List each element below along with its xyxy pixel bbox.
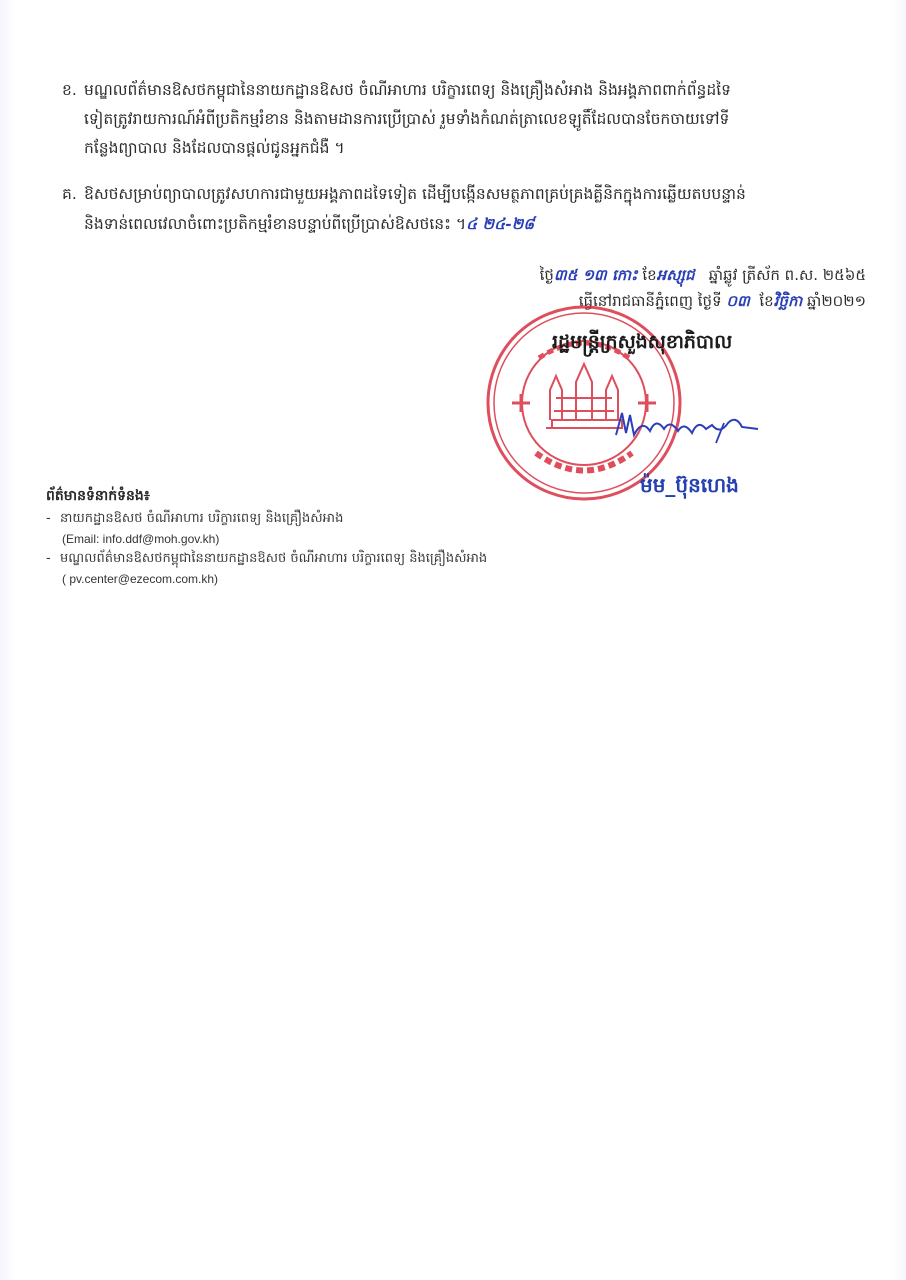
item-marker: គ. [62,180,84,209]
item-marker: ខ. [62,76,84,105]
contact-org: មណ្ឌលព័ត៌មានឱសថកម្ពុជានៃនាយកដ្ឋានឱសថ ចំណ… [60,551,487,566]
paragraph-kha: ខ.មណ្ឌលព័ត៌មានឱសថកម្ពុជានៃនាយកដ្ឋានឱសថ ច… [62,76,862,163]
signatory-title: រដ្ឋមន្ត្រីក្រសួងសុខាភិបាល [552,330,732,358]
label: ថ្ងៃ [540,266,554,284]
paragraph-line: គ.ឱសថសម្រាប់ព្យាបាលត្រូវសហការជាមួយអង្គភា… [62,180,862,209]
lunar-date-line: ថ្ងៃ៣៥ ១៣ កោះ ខែអស្សុជ ឆ្នាំឆ្លូវ ត្រីស័… [436,262,866,288]
contact-entry: -នាយកដ្ឋានឱសថ ចំណីអាហារ បរិក្ខារពេទ្យ និ… [46,509,566,529]
handwritten-lunar-month: អស្សុជ [657,266,695,284]
line-text: មណ្ឌលព័ត៌មានឱសថកម្ពុជានៃនាយកដ្ឋានឱសថ ចំណ… [84,81,731,99]
paragraph-line: កន្លែងព្យាបាល និងដែលបានផ្ដល់ជូនអ្នកជំងឺ … [62,134,862,163]
year: ឆ្នាំ២០២១ [807,292,866,310]
line-text: ឱសថសម្រាប់ព្យាបាលត្រូវសហការជាមួយអង្គភាពដ… [84,185,746,203]
contact-section: ព័ត៌មានទំនាក់ទំនង៖ -នាយកដ្ឋានឱសថ ចំណីអាហ… [46,486,566,589]
paragraph-line: ខ.មណ្ឌលព័ត៌មានឱសថកម្ពុជានៃនាយកដ្ឋានឱសថ ច… [62,76,862,105]
label: ខែ [759,292,773,310]
document-page: ខ.មណ្ឌលព័ត៌មានឱសថកម្ពុជានៃនាយកដ្ឋានឱសថ ច… [0,0,906,1280]
paragraph-line: ទៀតត្រូវរាយការណ៍អំពីប្រតិកម្មរំខាន និងតា… [62,105,862,134]
signer-name: ម៉ម_ប៊ុនហេង [640,472,739,502]
signature-icon [612,405,762,445]
line-text: និងទាន់ពេលវេលាចំពោះប្រតិកម្មរំខានបន្ទាប់… [84,215,466,233]
contact-org: នាយកដ្ឋានឱសថ ចំណីអាហារ បរិក្ខារពេទ្យ និង… [60,511,343,526]
handwritten-day: ០៣ [726,292,749,310]
handwritten-month: វិច្ឆិកា [774,292,803,310]
contact-email: ( pv.center@ezecom.com.kh) [46,569,566,589]
bullet: - [46,509,60,529]
lunar-year: ឆ្នាំឆ្លូវ ត្រីស័ក ព.ស. ២៥៦៥ [709,266,866,284]
paragraph-ko: គ.ឱសថសម្រាប់ព្យាបាលត្រូវសហការជាមួយអង្គភា… [62,180,862,239]
bullet: - [46,549,60,569]
contact-heading: ព័ត៌មានទំនាក់ទំនង៖ [46,486,566,506]
handwritten-note: ៤ ២៤-២៨ [466,214,534,233]
contact-entry: -មណ្ឌលព័ត៌មានឱសថកម្ពុជានៃនាយកដ្ឋានឱសថ ចំ… [46,549,566,569]
paragraph-line: និងទាន់ពេលវេលាចំពោះប្រតិកម្មរំខានបន្ទាប់… [62,209,862,239]
handwritten-lunar-day: ៣៥ ១៣ កោះ [554,266,638,284]
label: ខែ [642,266,656,284]
contact-email: (Email: info.ddf@moh.gov.kh) [46,529,566,549]
